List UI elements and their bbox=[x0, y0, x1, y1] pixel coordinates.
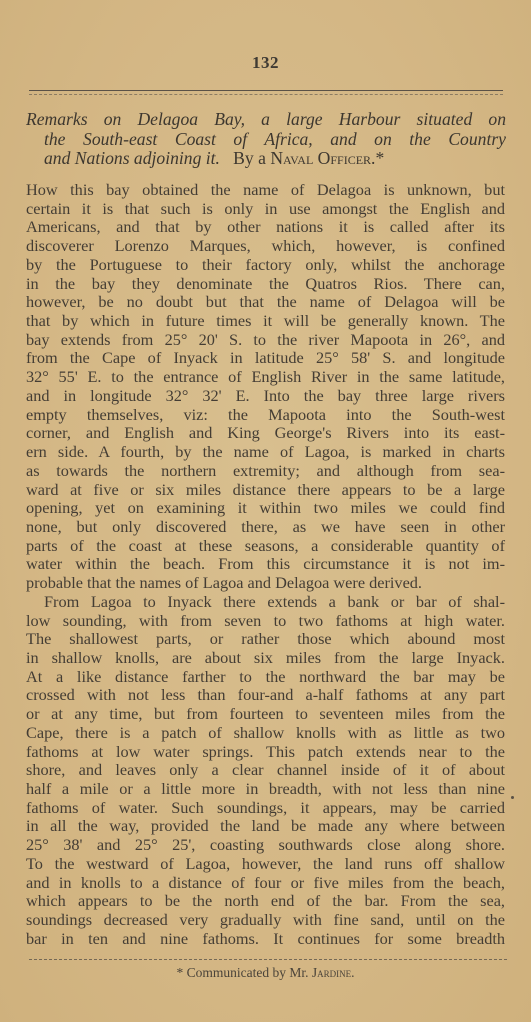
title-line-3: and Nations adjoining it. By a Naval Off… bbox=[26, 149, 506, 169]
footnote-rule bbox=[29, 959, 507, 960]
title-line-2: the South-east Coast of Africa, and on t… bbox=[26, 130, 506, 150]
body-line: bar in ten and nine fathoms. It continue… bbox=[26, 930, 505, 949]
paragraph-start-line: From Lagoa to Inyack there extends a ban… bbox=[26, 593, 505, 612]
body-line: Americans, and that by other nations it … bbox=[26, 218, 505, 237]
article-body: How this bay obtained the name of Delago… bbox=[26, 181, 505, 948]
body-line: and in knolls to a distance of four or f… bbox=[26, 874, 505, 893]
margin-mark bbox=[511, 796, 514, 799]
body-line: that by which in future times it will be… bbox=[26, 312, 505, 331]
title-line-1: Remarks on Delagoa Bay, a large Harbour … bbox=[26, 110, 506, 130]
header-rule-secondary bbox=[29, 94, 503, 95]
body-line: ern side. A fourth, by the name of Lagoa… bbox=[26, 443, 505, 462]
body-line: opening, yet on examining it within two … bbox=[26, 499, 505, 518]
body-line: soundings decreased very gradually with … bbox=[26, 911, 505, 930]
body-line: discoverer Lorenzo Marques, which, howev… bbox=[26, 237, 505, 256]
body-line: 25° 38' and 25° 25', coasting southwards… bbox=[26, 836, 505, 855]
body-line: At a like distance farther to the northw… bbox=[26, 668, 505, 687]
body-line: water within the beach. From this circum… bbox=[26, 555, 505, 574]
body-line: To the westward of Lagoa, however, the l… bbox=[26, 855, 505, 874]
footnote: * Communicated by Mr. Jardine. bbox=[0, 965, 531, 981]
header-rule bbox=[29, 90, 503, 91]
body-line: in the bay they denominate the Quatros R… bbox=[26, 275, 505, 294]
body-line: as towards the northern extremity; and a… bbox=[26, 462, 505, 481]
body-line: which appears to be the north end of the… bbox=[26, 892, 505, 911]
body-line: half a mile or a little more in breadth,… bbox=[26, 780, 505, 799]
byline-author: Naval Officer.* bbox=[270, 148, 384, 168]
body-line: from the Cape of Inyack in latitude 25° … bbox=[26, 349, 505, 368]
byline-prefix: By a bbox=[233, 148, 266, 168]
body-line: certain it is that such is only in use a… bbox=[26, 200, 505, 219]
body-line: low sounding, with from seven to two fat… bbox=[26, 612, 505, 631]
body-line: corner, and English and King George's Ri… bbox=[26, 424, 505, 443]
footnote-text: * Communicated by Mr. bbox=[177, 965, 309, 980]
body-line: The shallowest parts, or rather those wh… bbox=[26, 630, 505, 649]
body-line: by the Portuguese to their factory only,… bbox=[26, 256, 505, 275]
body-line: empty themselves, viz: the Mapoota into … bbox=[26, 406, 505, 425]
body-line: probable that the names of Lagoa and Del… bbox=[26, 574, 505, 593]
article-title: Remarks on Delagoa Bay, a large Harbour … bbox=[26, 110, 506, 169]
body-line: in all the way, provided the land be mad… bbox=[26, 817, 505, 836]
body-line: in shallow knolls, are about six miles f… bbox=[26, 649, 505, 668]
body-line: or at any time, but from fourteen to sev… bbox=[26, 705, 505, 724]
body-line: 32° 55' E. to the entrance of English Ri… bbox=[26, 368, 505, 387]
body-line: Cape, there is a patch of shallow knolls… bbox=[26, 724, 505, 743]
body-line: fathoms at low water springs. This patch… bbox=[26, 743, 505, 762]
body-line: ward at five or six miles distance there… bbox=[26, 481, 505, 500]
body-line: bay extends from 25° 20' S. to the river… bbox=[26, 331, 505, 350]
page-number: 132 bbox=[0, 53, 531, 73]
body-line: How this bay obtained the name of Delago… bbox=[26, 181, 505, 200]
body-line: fathoms of water. Such soundings, it app… bbox=[26, 799, 505, 818]
body-line: however, be no doubt but that the name o… bbox=[26, 293, 505, 312]
body-line: shore, and leaves only a clear channel i… bbox=[26, 761, 505, 780]
body-line: parts of the coast at these seasons, a c… bbox=[26, 537, 505, 556]
body-line: none, but only discovered there, as we h… bbox=[26, 518, 505, 537]
body-line: crossed with not less than four-and a-ha… bbox=[26, 686, 505, 705]
book-page: 132 Remarks on Delagoa Bay, a large Harb… bbox=[0, 0, 531, 1022]
body-line: and in longitude 32° 32' E. Into the bay… bbox=[26, 387, 505, 406]
footnote-name: Jardine. bbox=[312, 965, 355, 980]
